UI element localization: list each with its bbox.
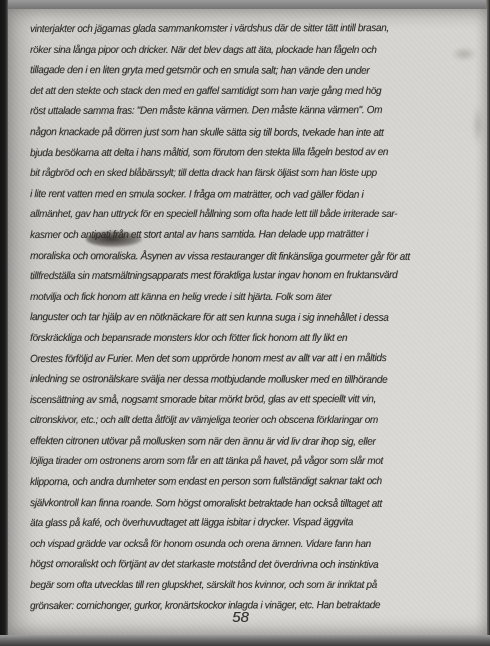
scan-edge-left	[0, 0, 8, 646]
text-line: iscensättning av små, nogsamt smorade bi…	[30, 393, 458, 415]
text-line: vinterjakter och jägarnas glada sammanko…	[30, 22, 458, 44]
text-line: röst uttalade samma fras: "Den måste kän…	[30, 104, 458, 126]
text-line: klipporna, och andra dumheter som endast…	[30, 475, 458, 497]
ink-blot	[86, 231, 142, 247]
book-page: vinterjakter och jägarnas glada sammanko…	[8, 9, 487, 635]
text-line: äta glass på kafé, och överhuvudtaget at…	[30, 516, 458, 538]
scan-edge-bottom	[0, 635, 490, 646]
page-number: 58	[8, 609, 473, 626]
text-line: motvilja och fick honom att känna en hel…	[30, 291, 458, 312]
text-line: i lite rent vatten med en smula socker. …	[30, 188, 463, 210]
text-line: det att den stekte och stack den med en …	[30, 85, 458, 106]
text-line: moraliska och omoraliska. Åsynen av viss…	[30, 250, 463, 272]
scan-edge-top	[0, 0, 490, 9]
text-line: allmänhet, gav han uttryck för en specie…	[30, 208, 458, 229]
text-line: röker sina långa pipor och dricker. När …	[30, 44, 458, 65]
text-line: bjuda besökarna att delta i hans måltid,…	[30, 145, 458, 167]
text-line: och vispad grädde var också för honom os…	[30, 538, 458, 559]
text-line: högst omoraliskt och förtjänt av det sta…	[30, 558, 463, 580]
text-line: languster och tar hjälp av en nötknäckar…	[30, 311, 463, 333]
text-line: citronskivor, etc.; och allt detta åtföl…	[30, 414, 458, 435]
text-line: förskräckliga och bepansrade monsters kl…	[30, 332, 458, 353]
text-line: begär som ofta utvecklas till ren glupsk…	[30, 579, 458, 600]
text-line: inledning se ostronälskare svälja ner de…	[30, 373, 463, 395]
text-line: självkontroll kan finna roande. Som högs…	[30, 497, 463, 519]
text-line: bit rågbröd och en sked blåbärssylt; til…	[30, 167, 458, 188]
page-text: vinterjakter och jägarnas glada sammanko…	[30, 23, 481, 620]
text-line: Orestes förföljd av Furier. Men det som …	[30, 351, 458, 373]
text-line: effekten citronen utövar på mollusken so…	[30, 435, 463, 457]
text-line: tillagade den i en liten gryta med getsm…	[30, 64, 463, 86]
text-line: löjliga tirader om ostronens arom som få…	[30, 455, 458, 476]
text-line: någon knackade på dörren just som han sk…	[30, 126, 463, 148]
scanned-page: vinterjakter och jägarnas glada sammanko…	[0, 0, 490, 646]
text-line: tillfredställa sin matsmältningsapparats…	[30, 269, 458, 291]
